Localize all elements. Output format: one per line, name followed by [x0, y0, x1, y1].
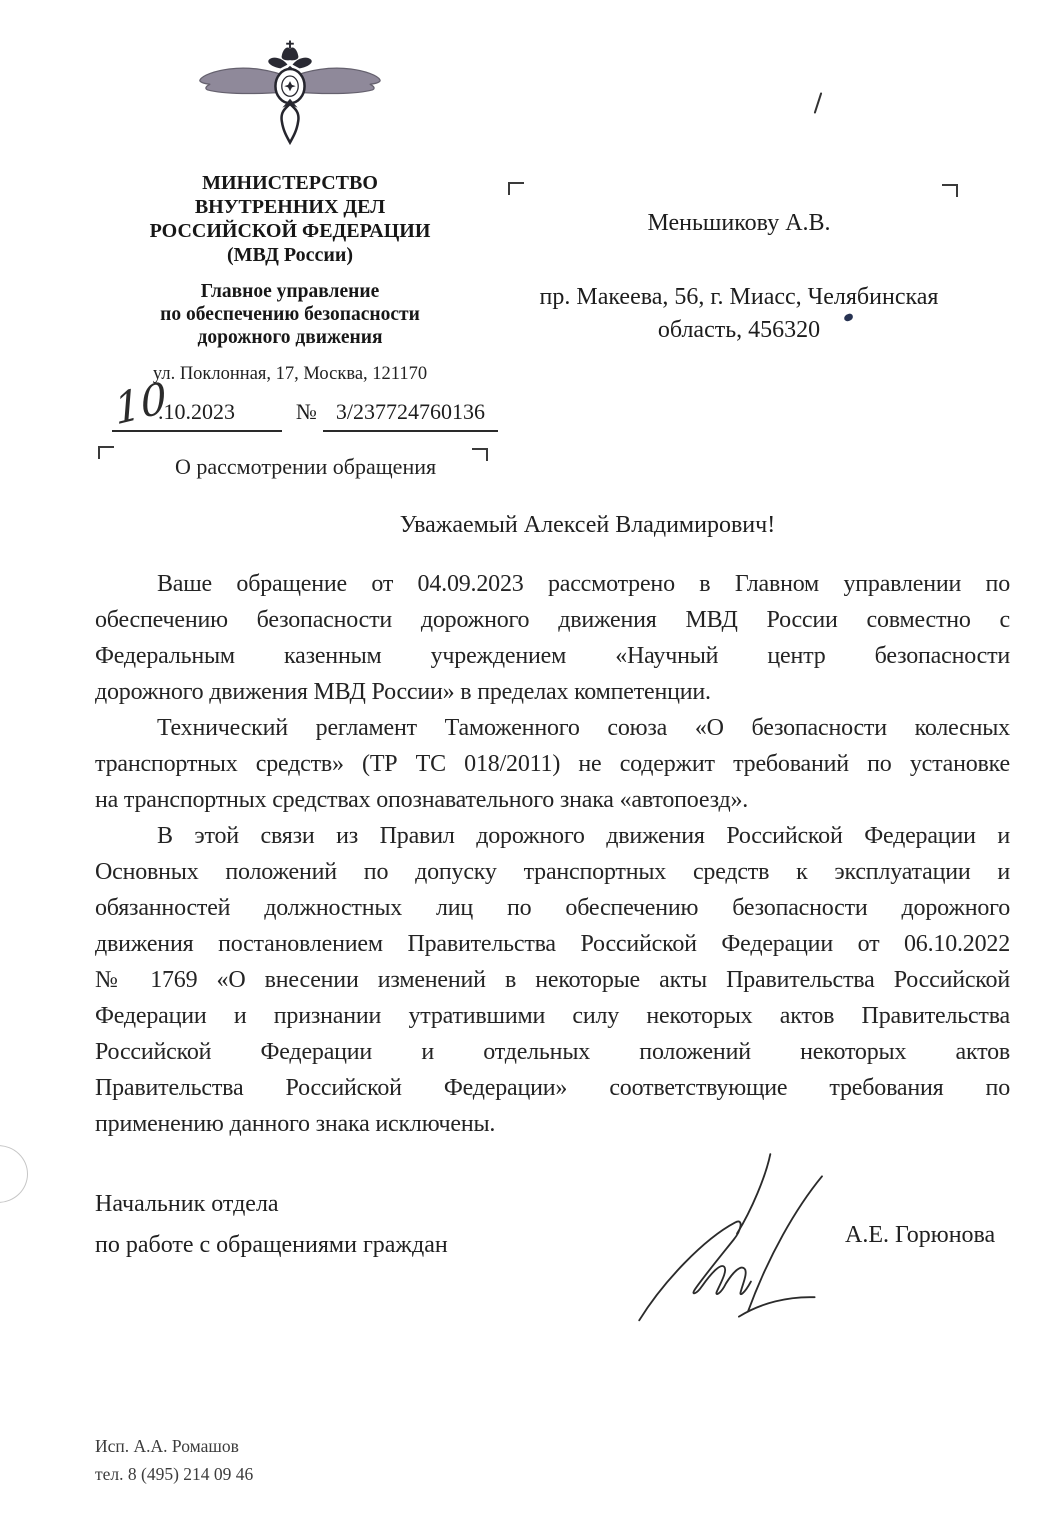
executor-name: Исп. А.А. Ромашов — [95, 1432, 253, 1460]
body-text: Ваше обращение от 04.09.2023 рассмотрено… — [95, 566, 1010, 1142]
date-printed: .10.2023 — [158, 399, 235, 424]
outgoing-number: 3/237724760136 — [323, 399, 498, 432]
handwritten-day: 10 — [113, 376, 169, 431]
handwritten-signature-icon — [630, 1140, 870, 1340]
salutation: Уважаемый Алексей Владимирович! — [95, 512, 1010, 539]
recipient-name: Меньшикову А.В. — [508, 210, 970, 237]
mvd-eagle-emblem-svg — [195, 38, 385, 152]
corner-bracket-subject-left — [98, 446, 114, 459]
body-line: обязанностей должностных лиц по обеспече… — [95, 890, 1010, 926]
mvd-eagle-emblem-icon — [95, 38, 485, 157]
scanned-letter-page: МИНИСТЕРСТВО ВНУТРЕННИХ ДЕЛ РОССИЙСКОЙ Ф… — [0, 0, 1050, 1526]
signer-position: Начальник отдела по работе с обращениями… — [95, 1184, 448, 1266]
signer-position-line: по работе с обращениями граждан — [95, 1225, 448, 1266]
ministry-name: МИНИСТЕРСТВО ВНУТРЕННИХ ДЕЛ РОССИЙСКОЙ Ф… — [95, 171, 485, 267]
executor-phone: тел. 8 (495) 214 09 46 — [95, 1460, 253, 1488]
recipient-address-line: пр. Макеева, 56, г. Миасс, Челябинская — [508, 281, 970, 314]
corner-bracket-subject-right — [472, 448, 488, 461]
body-line: № 1769 «О внесении изменений в некоторые… — [95, 962, 1010, 998]
corner-bracket-recipient-left — [508, 182, 524, 195]
ministry-line: РОССИЙСКОЙ ФЕДЕРАЦИИ — [95, 219, 485, 243]
ministry-line: ВНУТРЕННИХ ДЕЛ — [95, 195, 485, 219]
subject-line: О рассмотрении обращения — [175, 454, 436, 480]
department-line: Главное управление — [95, 280, 485, 303]
signer-position-line: Начальник отдела — [95, 1184, 448, 1225]
corner-bracket-recipient-right — [942, 184, 958, 197]
body-line: В этой связи из Правил дорожного движени… — [95, 818, 1010, 854]
recipient-block: Меньшикову А.В. пр. Макеева, 56, г. Миас… — [508, 180, 970, 347]
ministry-line: (МВД России) — [95, 243, 485, 267]
body-line: Федеральным казенным учреждением «Научны… — [95, 638, 1010, 674]
body-line: Федерации и признании утратившими силу н… — [95, 998, 1010, 1034]
body-line: Правительства Российской Федерации» соот… — [95, 1070, 1010, 1106]
body-line: Российской Федерации и отдельных положен… — [95, 1034, 1010, 1070]
scan-artifact-circle — [0, 1145, 28, 1203]
body-paragraph: Ваше обращение от 04.09.2023 рассмотрено… — [95, 566, 1010, 710]
executor-footer: Исп. А.А. Ромашов тел. 8 (495) 214 09 46 — [95, 1432, 253, 1488]
scan-artifact-slash — [814, 92, 823, 114]
body-paragraph: Технический регламент Таможенного союза … — [95, 710, 1010, 818]
body-line: дорожного движения МВД России» в предела… — [95, 674, 1010, 710]
body-line: Ваше обращение от 04.09.2023 рассмотрено… — [95, 566, 1010, 602]
number-sign: № — [296, 399, 317, 425]
body-line: на транспортных средствах опознавательно… — [95, 782, 1010, 818]
body-line: Основных положений по допуску транспортн… — [95, 854, 1010, 890]
department-line: дорожного движения — [95, 326, 485, 349]
body-line: обеспечению безопасности дорожного движе… — [95, 602, 1010, 638]
department-line: по обеспечению безопасности — [95, 303, 485, 326]
department-name: Главное управление по обеспечению безопа… — [95, 280, 485, 349]
recipient-address: пр. Макеева, 56, г. Миасс, Челябинская о… — [508, 281, 970, 347]
body-line: транспортных средств» (ТР ТС 018/2011) н… — [95, 746, 1010, 782]
recipient-address-line: область, 456320 — [508, 314, 970, 347]
date-field: 10 .10.2023 — [112, 399, 282, 432]
body-line: применению данного знака исключены. — [95, 1106, 1010, 1142]
body-line: Технический регламент Таможенного союза … — [95, 710, 1010, 746]
body-line: движения постановлением Правительства Ро… — [95, 926, 1010, 962]
signer-name: А.Е. Горюнова — [845, 1222, 995, 1249]
ministry-line: МИНИСТЕРСТВО — [95, 171, 485, 195]
letterhead: МИНИСТЕРСТВО ВНУТРЕННИХ ДЕЛ РОССИЙСКОЙ Ф… — [95, 38, 485, 385]
reference-line: 10 .10.2023 № 3/237724760136 — [112, 399, 498, 432]
body-paragraph: В этой связи из Правил дорожного движени… — [95, 818, 1010, 1142]
